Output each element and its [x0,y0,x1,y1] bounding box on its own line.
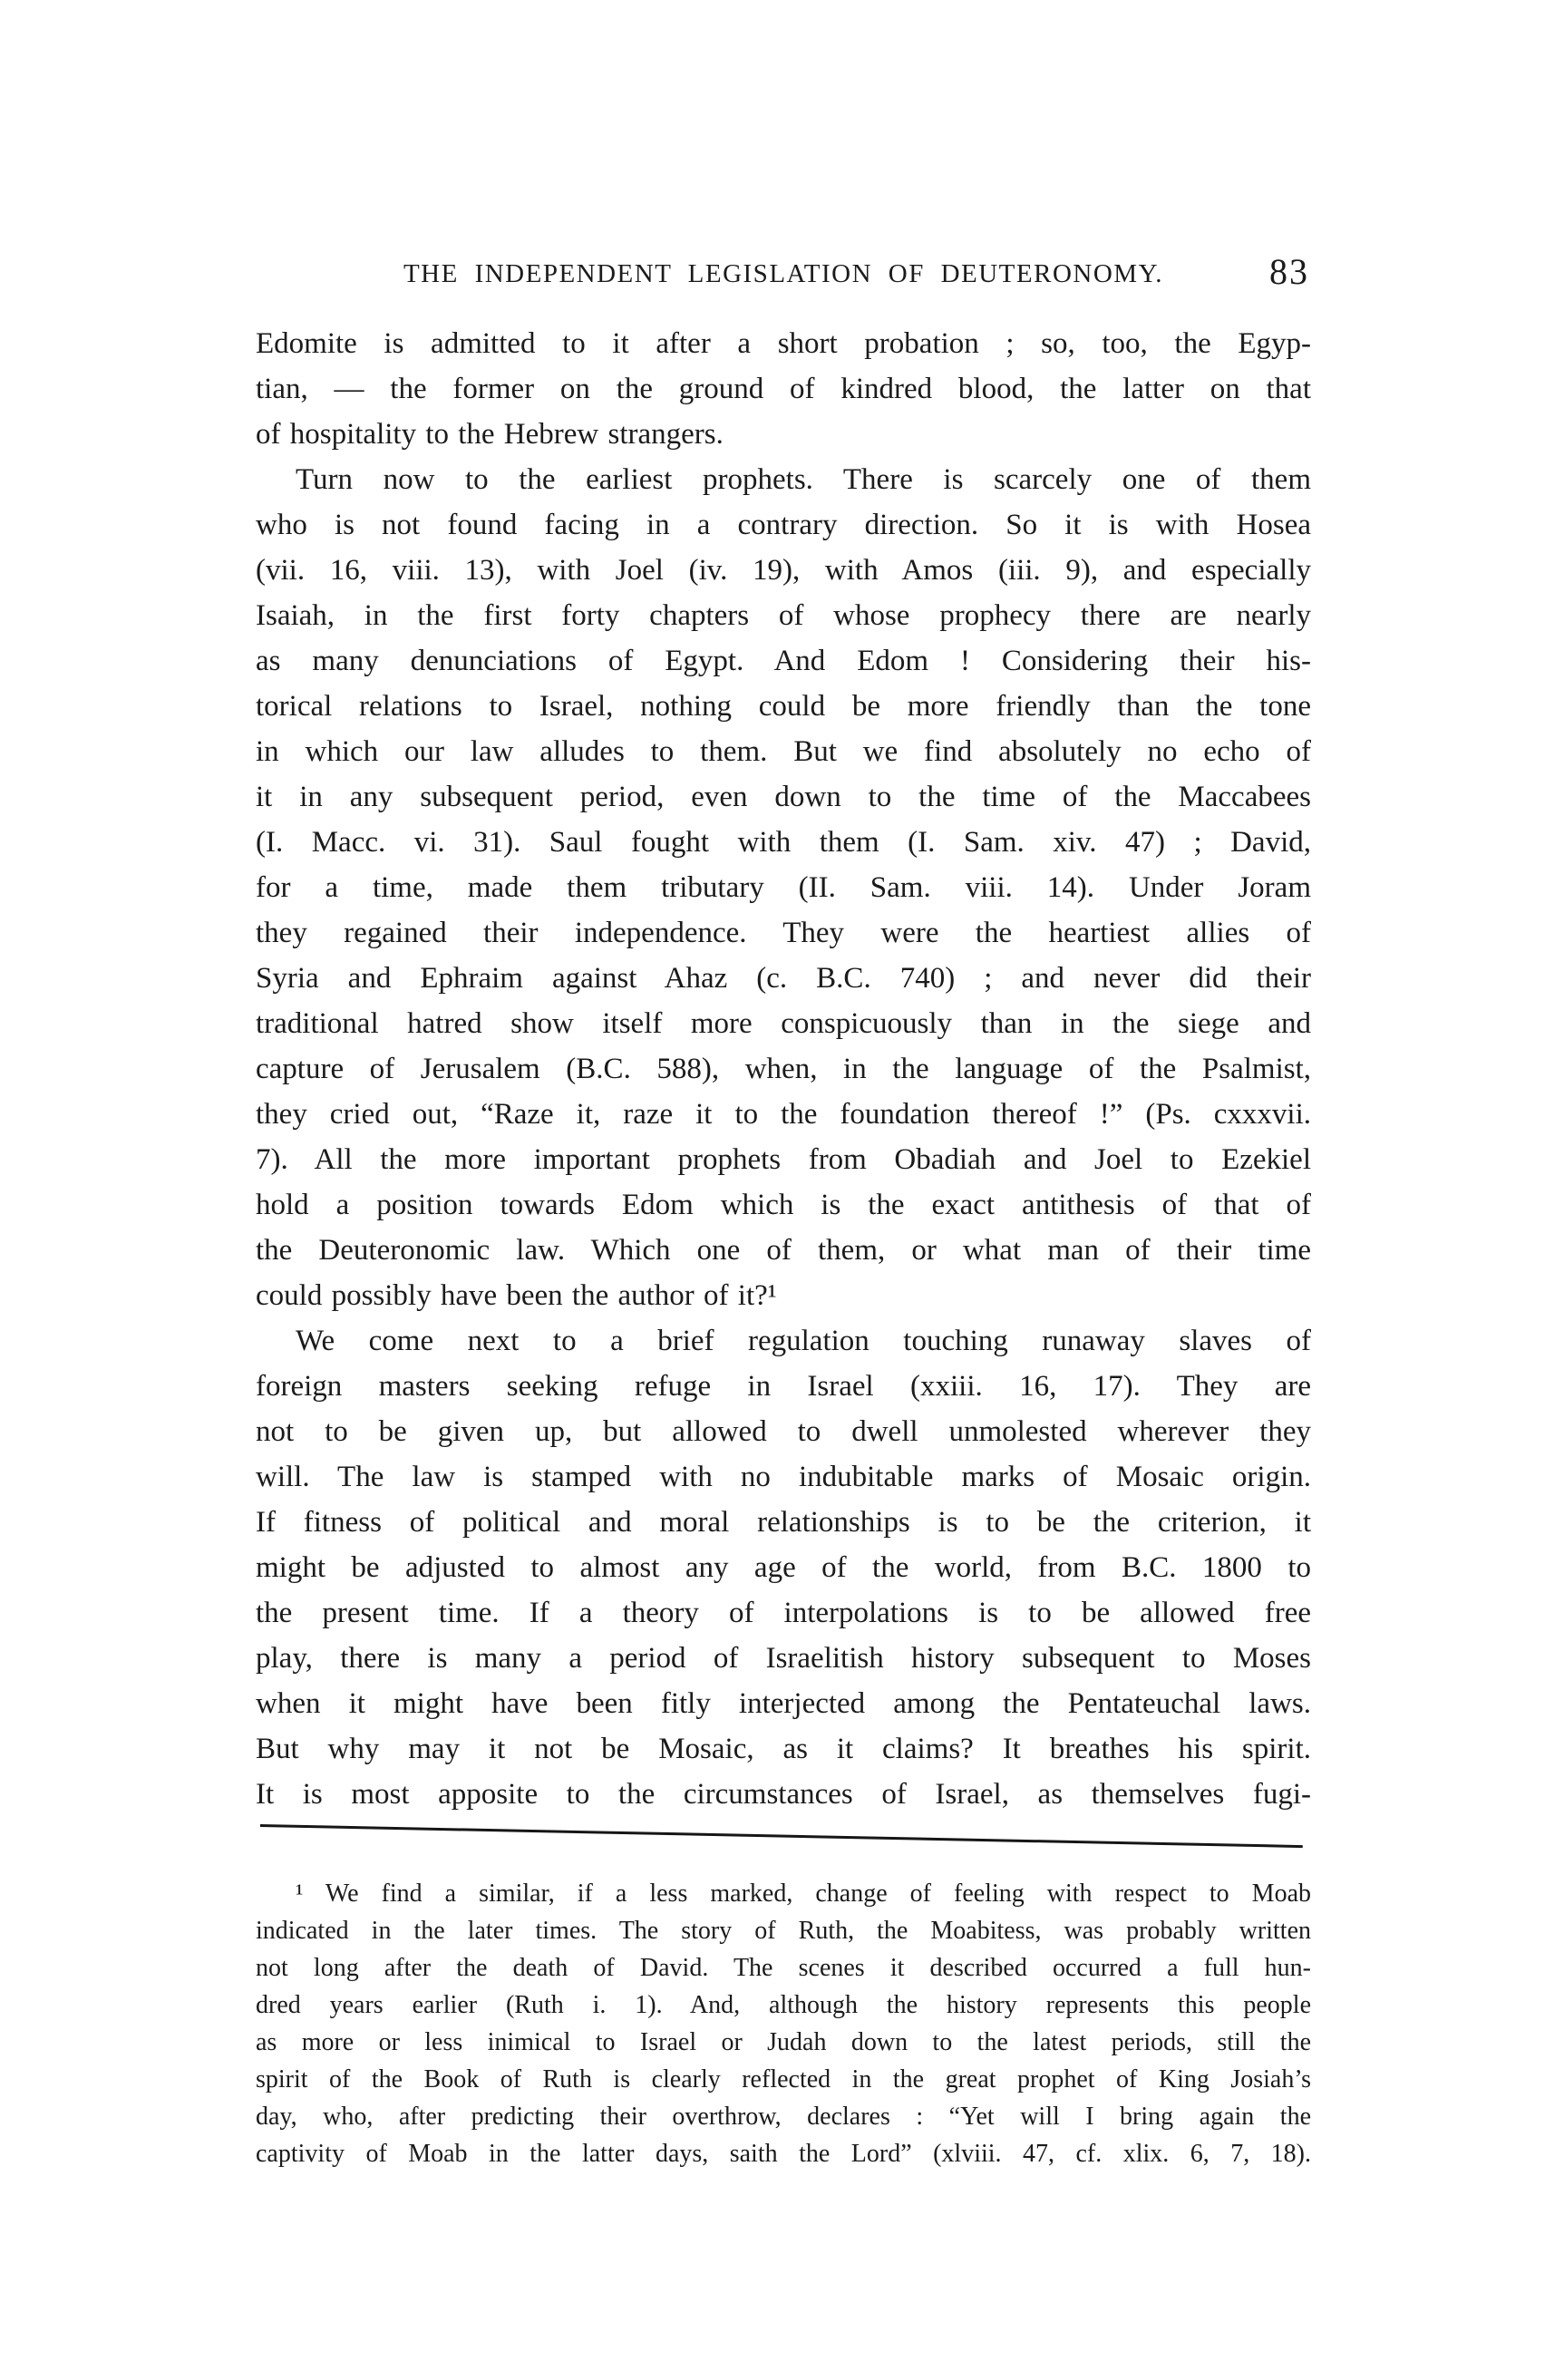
text-line: Syria and Ephraim against Ahaz (c. B.C. … [256,956,1311,1001]
text-line: could possibly have been the author of i… [256,1273,1311,1318]
text-line: play, there is many a period of Israelit… [256,1636,1311,1681]
text-line: for a time, made them tributary (II. Sam… [256,865,1311,910]
text-line: it in any subsequent period, even down t… [256,774,1311,820]
text-line: when it might have been fitly interjecte… [256,1681,1311,1726]
text-line: the Deuteronomic law. Which one of them,… [256,1228,1311,1273]
paragraph: Edomite is admitted to it after a short … [256,321,1311,457]
text-line: torical relations to Israel, nothing cou… [256,684,1311,729]
footnote-line: as more or less inimical to Israel or Ju… [256,2024,1311,2061]
text-line: If fitness of political and moral relati… [256,1500,1311,1545]
text-line: hold a position towards Edom which is th… [256,1182,1311,1228]
text-line: the present time. If a theory of interpo… [256,1590,1311,1636]
text-line: of hospitality to the Hebrew strangers. [256,412,1311,457]
text-line: foreign masters seeking refuge in Israel… [256,1364,1311,1409]
text-line: traditional hatred show itself more cons… [256,1001,1311,1046]
paragraph: Turn now to the earliest prophets. There… [256,457,1311,1318]
footnote-line: day, who, after predicting their overthr… [256,2098,1311,2135]
text-line: But why may it not be Mosaic, as it clai… [256,1726,1311,1772]
footnote-line: spirit of the Book of Ruth is clearly re… [256,2061,1311,2098]
text-line: might be adjusted to almost any age of t… [256,1545,1311,1590]
page-header: THE INDEPENDENT LEGISLATION OF DEUTERONO… [256,252,1311,299]
text-line: not to be given up, but allowed to dwell… [256,1409,1311,1454]
footnote-text: ¹ We find a similar, if a less marked, c… [256,1875,1311,2172]
text-line: It is most apposite to the circumstances… [256,1772,1311,1817]
footnote-line: not long after the death of David. The s… [256,1949,1311,1987]
footnote-line: captivity of Moab in the latter days, sa… [256,2135,1311,2172]
footnote-line: ¹ We find a similar, if a less marked, c… [256,1875,1311,1912]
text-line: they cried out, “Raze it, raze it to the… [256,1092,1311,1137]
paragraph: We come next to a brief regulation touch… [256,1318,1311,1817]
text-line: Isaiah, in the first forty chapters of w… [256,593,1311,638]
page-number: 83 [1269,250,1309,293]
text-line: as many denunciations of Egypt. And Edom… [256,638,1311,684]
scanned-book-page: THE INDEPENDENT LEGISLATION OF DEUTERONO… [0,0,1564,2380]
text-line: in which our law alludes to them. But we… [256,729,1311,774]
footnote-separator [260,1824,1303,1848]
footnote-line: indicated in the later times. The story … [256,1912,1311,1949]
text-line: tian, — the former on the ground of kind… [256,366,1311,412]
text-line: who is not found facing in a contrary di… [256,502,1311,548]
text-line: We come next to a brief regulation touch… [256,1318,1311,1364]
text-line: Turn now to the earliest prophets. There… [256,457,1311,502]
text-line: they regained their independence. They w… [256,910,1311,956]
running-title: THE INDEPENDENT LEGISLATION OF DEUTERONO… [256,259,1311,289]
text-line: (vii. 16, viii. 13), with Joel (iv. 19),… [256,548,1311,593]
text-line: capture of Jerusalem (B.C. 588), when, i… [256,1046,1311,1092]
text-line: Edomite is admitted to it after a short … [256,321,1311,366]
footnote-line: dred years earlier (Ruth i. 1). And, alt… [256,1987,1311,2024]
body-text: Edomite is admitted to it after a short … [256,321,1311,1817]
text-line: will. The law is stamped with no indubit… [256,1454,1311,1500]
text-line: (I. Macc. vi. 31). Saul fought with them… [256,820,1311,865]
text-line: 7). All the more important prophets from… [256,1137,1311,1182]
